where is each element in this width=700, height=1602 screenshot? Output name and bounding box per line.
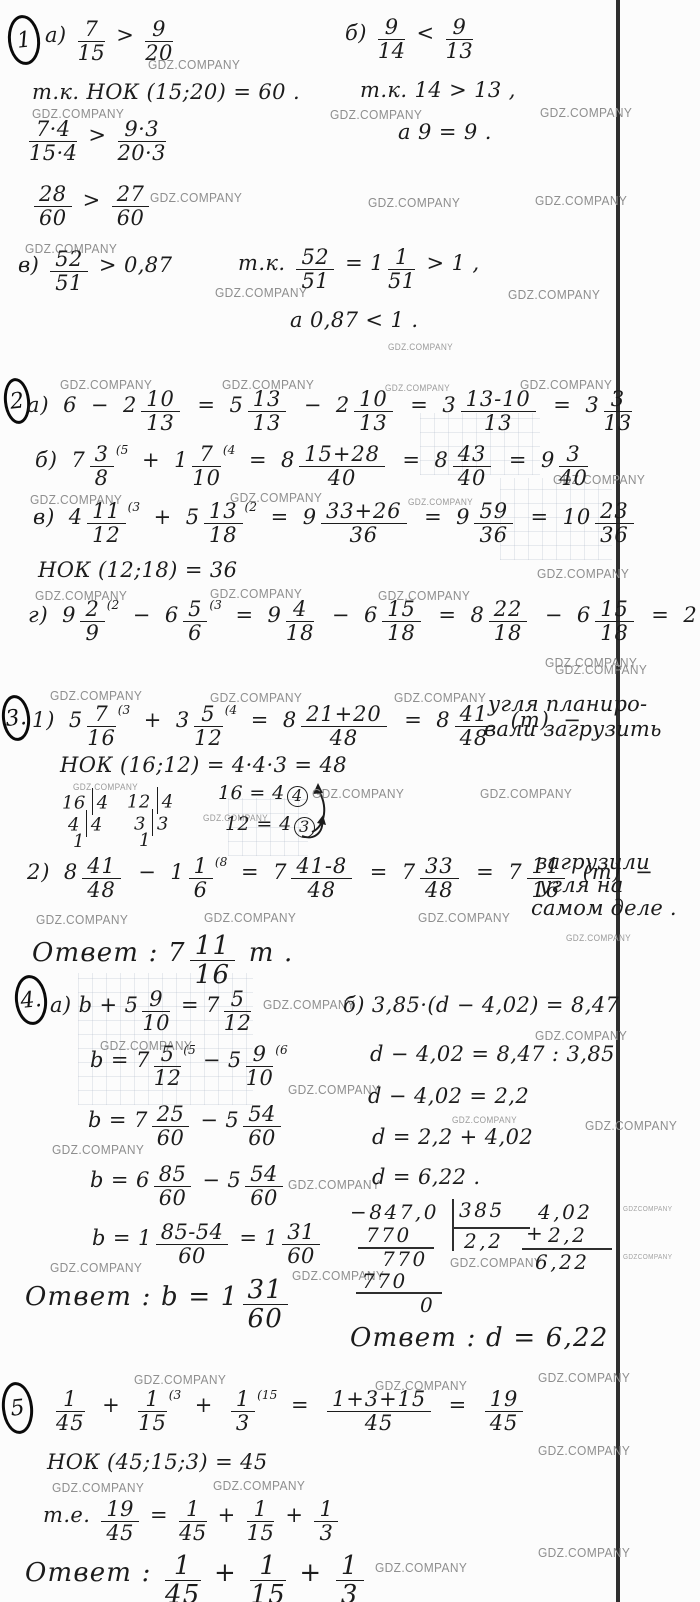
math-line: а) 6 − 21013 = 51313 − 21013 = 313-1013 … bbox=[27, 388, 636, 434]
math-line: 1 bbox=[139, 831, 151, 852]
math-line: а 9 = 9 . bbox=[398, 120, 492, 144]
watermark: GDZ.COMPANY bbox=[538, 1443, 630, 1458]
math-line: −847,0 bbox=[350, 1201, 439, 1224]
problem-number-badge: 5 bbox=[0, 1381, 36, 1436]
watermark: GDZ.COMPANY bbox=[555, 662, 647, 677]
math-line: в) 5251 > 0,87 bbox=[18, 248, 172, 294]
math-line: г) 929(2 − 656(3 = 9418 − 61518 = 82218 … bbox=[28, 598, 700, 644]
math-line: т.к. 5251 = 1151 > 1 , bbox=[238, 246, 480, 292]
math-line: 12 = 43 bbox=[225, 814, 315, 838]
math-line: 1 bbox=[73, 832, 85, 853]
math-line: 770 bbox=[366, 1224, 412, 1247]
watermark: GDZ.COMPANY bbox=[540, 105, 632, 120]
math-line: d = 6,22 . bbox=[372, 1165, 481, 1189]
watermark: GDZ.COMPANY bbox=[375, 1560, 467, 1575]
annotation-line: загрузили bbox=[536, 850, 650, 874]
math-line: т.е. 1945 = 145 + 115 + 13 bbox=[43, 1498, 342, 1544]
math-line: 16 = 44 bbox=[218, 783, 308, 807]
watermark: GDZ.COMPANY bbox=[538, 1545, 630, 1560]
math-line: 0 bbox=[420, 1294, 435, 1317]
math-line: б) 738(5 + 1710(4 = 815+2840 = 84340 = 9… bbox=[35, 443, 592, 489]
answer-line: Ответ : b = 13160 bbox=[25, 1276, 292, 1333]
math-line: 4,02 bbox=[538, 1201, 593, 1224]
math-line: т.к. НОК (15;20) = 60 . bbox=[32, 80, 300, 104]
math-line: d − 4,02 = 2,2 bbox=[368, 1084, 529, 1108]
watermark: GDZCOMPANY bbox=[623, 1254, 672, 1261]
math-line: НОК (45;15;3) = 45 bbox=[47, 1450, 268, 1474]
watermark: GDZ.COMPANY bbox=[535, 193, 627, 208]
watermark: GDZ.COMPANY bbox=[52, 1480, 144, 1495]
math-line: b = 7512(5 − 5910(6 bbox=[90, 1043, 288, 1089]
watermark: GDZ.COMPANY bbox=[480, 786, 572, 801]
math-line: в) 41112(3 + 51318(2 = 933+2636 = 95936 … bbox=[33, 500, 638, 546]
watermark: GDZ.COMPANY bbox=[388, 342, 453, 352]
problem-number-badge: 1 bbox=[5, 13, 42, 66]
watermark: GDZ.COMPANY bbox=[263, 997, 355, 1012]
math-line: б) 3,85·(d − 4,02) = 8,47 bbox=[343, 993, 619, 1017]
watermark: GDZ.COMPANY bbox=[50, 688, 142, 703]
watermark: GDZ.COMPANY bbox=[535, 1028, 627, 1043]
watermark: GDZ.COMPANY bbox=[566, 933, 631, 943]
watermark: GDZCOMPANY bbox=[623, 1206, 672, 1213]
math-line: d = 2,2 + 4,02 bbox=[372, 1125, 533, 1149]
watermark: GDZ.COMPANY bbox=[134, 1372, 226, 1387]
problem-number-badge: 3. bbox=[0, 694, 32, 743]
watermark: GDZ.COMPANY bbox=[537, 566, 629, 581]
annotation-line: вали загрузить bbox=[484, 717, 662, 741]
watermark: GDZ.COMPANY bbox=[418, 910, 510, 925]
watermark: GDZ.COMPANY bbox=[204, 910, 296, 925]
watermark: GDZ.COMPANY bbox=[36, 912, 128, 927]
math-line: а) 715 > 920 bbox=[45, 18, 177, 64]
math-line: 145 + 115(3 + 13(15 = 1+3+1545 = 1945 bbox=[52, 1388, 527, 1434]
math-line: b = 185-5460 = 13160 bbox=[92, 1221, 324, 1267]
watermark: GDZ.COMPANY bbox=[508, 287, 600, 302]
math-line: т.к. 14 > 13 , bbox=[360, 78, 516, 102]
watermark: GDZ.COMPANY bbox=[538, 1370, 630, 1385]
math-line: 6,22 bbox=[535, 1251, 590, 1274]
math-line: 2,2 bbox=[548, 1224, 587, 1247]
watermark: GDZ.COMPANY bbox=[368, 195, 460, 210]
annotation-line: угля на bbox=[539, 873, 624, 897]
math-line: а) b + 5910 = 7512 bbox=[50, 988, 255, 1034]
watermark: GDZ.COMPANY bbox=[288, 1082, 380, 1097]
annotation-line: самом деле . bbox=[531, 896, 677, 920]
math-line: d − 4,02 = 8,47 : 3,85 bbox=[370, 1042, 615, 1066]
math-line: 2,2 bbox=[464, 1230, 503, 1253]
math-line: b = 68560 − 55460 bbox=[90, 1163, 287, 1209]
math-line: b = 72560 − 55460 bbox=[88, 1103, 285, 1149]
answer-line: Ответ : 145 + 115 + 13 bbox=[25, 1552, 368, 1602]
watermark: GDZ.COMPANY bbox=[288, 1177, 380, 1192]
math-line: б) 914 < 913 bbox=[345, 16, 477, 62]
math-line: а 0,87 < 1 . bbox=[290, 308, 418, 332]
answer-line: Ответ : d = 6,22 bbox=[350, 1324, 608, 1354]
watermark: GDZ.COMPANY bbox=[585, 1118, 677, 1133]
math-line: + bbox=[526, 1222, 545, 1245]
math-line: 770 bbox=[382, 1248, 428, 1271]
math-line: 385 bbox=[459, 1199, 505, 1222]
sheet: GDZ.COMPANYGDZ.COMPANYGDZ.COMPANYGDZ.COM… bbox=[0, 0, 700, 1602]
math-line: 770 bbox=[362, 1270, 408, 1293]
watermark: GDZ.COMPANY bbox=[312, 786, 404, 801]
watermark: GDZ.COMPANY bbox=[452, 1115, 517, 1125]
margin-line bbox=[616, 0, 620, 1602]
math-line: 7·415·4 > 9·320·3 bbox=[25, 118, 170, 164]
math-line: НОК (16;12) = 4·4·3 = 48 bbox=[60, 753, 347, 777]
math-line: 2860 > 2760 bbox=[30, 183, 153, 229]
annotation-line: угля планиро- bbox=[488, 692, 647, 716]
division-bracket-vertical bbox=[452, 1199, 454, 1251]
answer-line: Ответ : 71116 т . bbox=[32, 932, 294, 989]
watermark: GDZ.COMPANY bbox=[213, 1478, 305, 1493]
watermark: GDZ.COMPANY bbox=[150, 190, 242, 205]
math-line: НОК (12;18) = 36 bbox=[38, 558, 237, 582]
watermark: GDZ.COMPANY bbox=[450, 1255, 542, 1270]
